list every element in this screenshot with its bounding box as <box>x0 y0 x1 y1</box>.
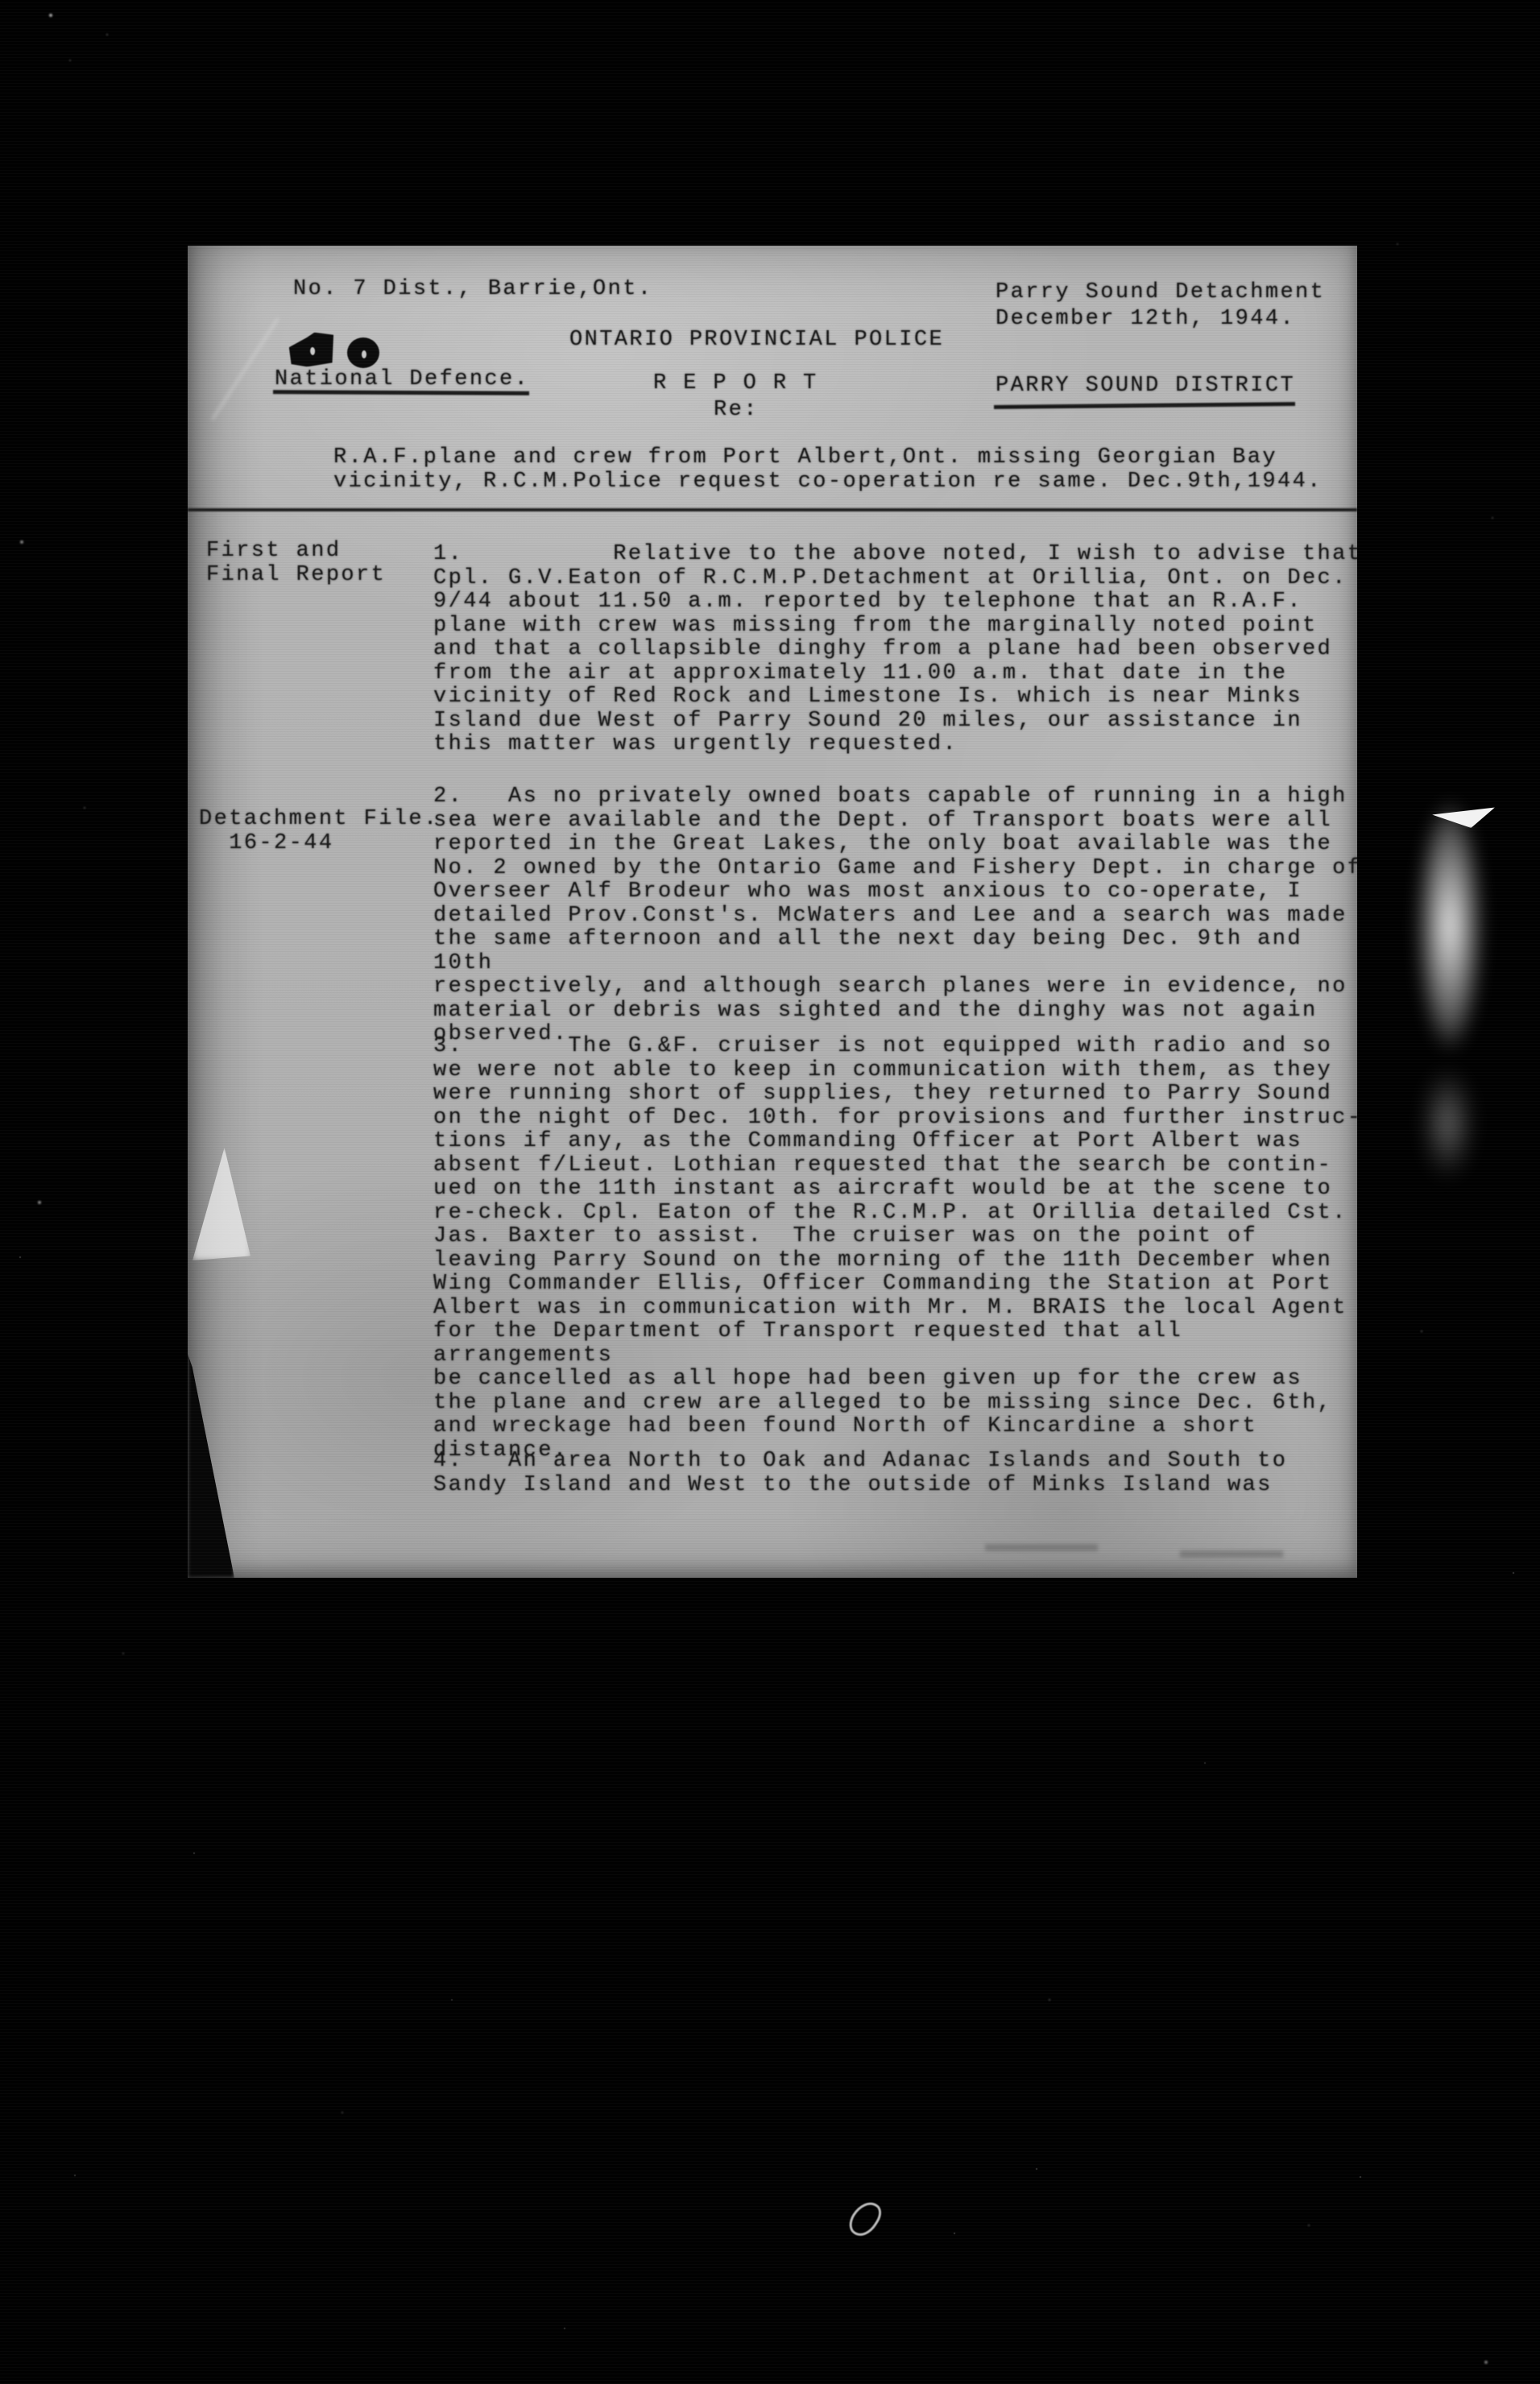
stamp-caption-underline <box>273 390 529 395</box>
light-leak-streak-tail <box>1414 1047 1482 1200</box>
ink-stamp-flag-icon <box>288 332 335 368</box>
paragraph-4: 4. An area North to Oak and Adanac Islan… <box>433 1450 1357 1497</box>
margin-note-first-final: First and Final Report <box>206 540 386 587</box>
report-title: R E P O R T <box>653 372 818 396</box>
paragraph-1: 1. Relative to the above noted, I wish t… <box>433 543 1357 757</box>
film-scratch-loop <box>844 2196 886 2241</box>
light-leak-streak <box>1405 757 1494 1095</box>
document-paper: No. 7 Dist., Barrie,Ont. Parry Sound Det… <box>188 246 1357 1578</box>
typed-content: No. 7 Dist., Barrie,Ont. Parry Sound Det… <box>188 246 1357 1578</box>
detachment-name: Parry Sound Detachment <box>996 281 1325 305</box>
paragraph-2: 2. As no privately owned boats capable o… <box>433 785 1357 1047</box>
stamp-caption: National Defence. <box>275 368 529 392</box>
district-title: PARRY SOUND DISTRICT <box>996 375 1295 399</box>
subject-lines: R.A.F.plane and crew from Port Albert,On… <box>333 445 1323 494</box>
film-dust-specks <box>0 0 2 2</box>
district-title-underline <box>994 402 1295 409</box>
header-rule <box>188 508 1357 511</box>
re-label: Re: <box>714 399 759 423</box>
report-date: December 12th, 1944. <box>996 308 1295 332</box>
unit-line: No. 7 Dist., Barrie,Ont. <box>293 278 652 302</box>
margin-note-detachment-file: Detachment File. 16-2-44 <box>199 808 439 855</box>
film-background: No. 7 Dist., Barrie,Ont. Parry Sound Det… <box>0 0 1540 2384</box>
ink-stamp-circle-icon <box>347 337 379 368</box>
paragraph-3: 3. The G.&F. cruiser is not equipped wit… <box>433 1035 1357 1463</box>
organization-title: ONTARIO PROVINCIAL POLICE <box>569 329 944 353</box>
